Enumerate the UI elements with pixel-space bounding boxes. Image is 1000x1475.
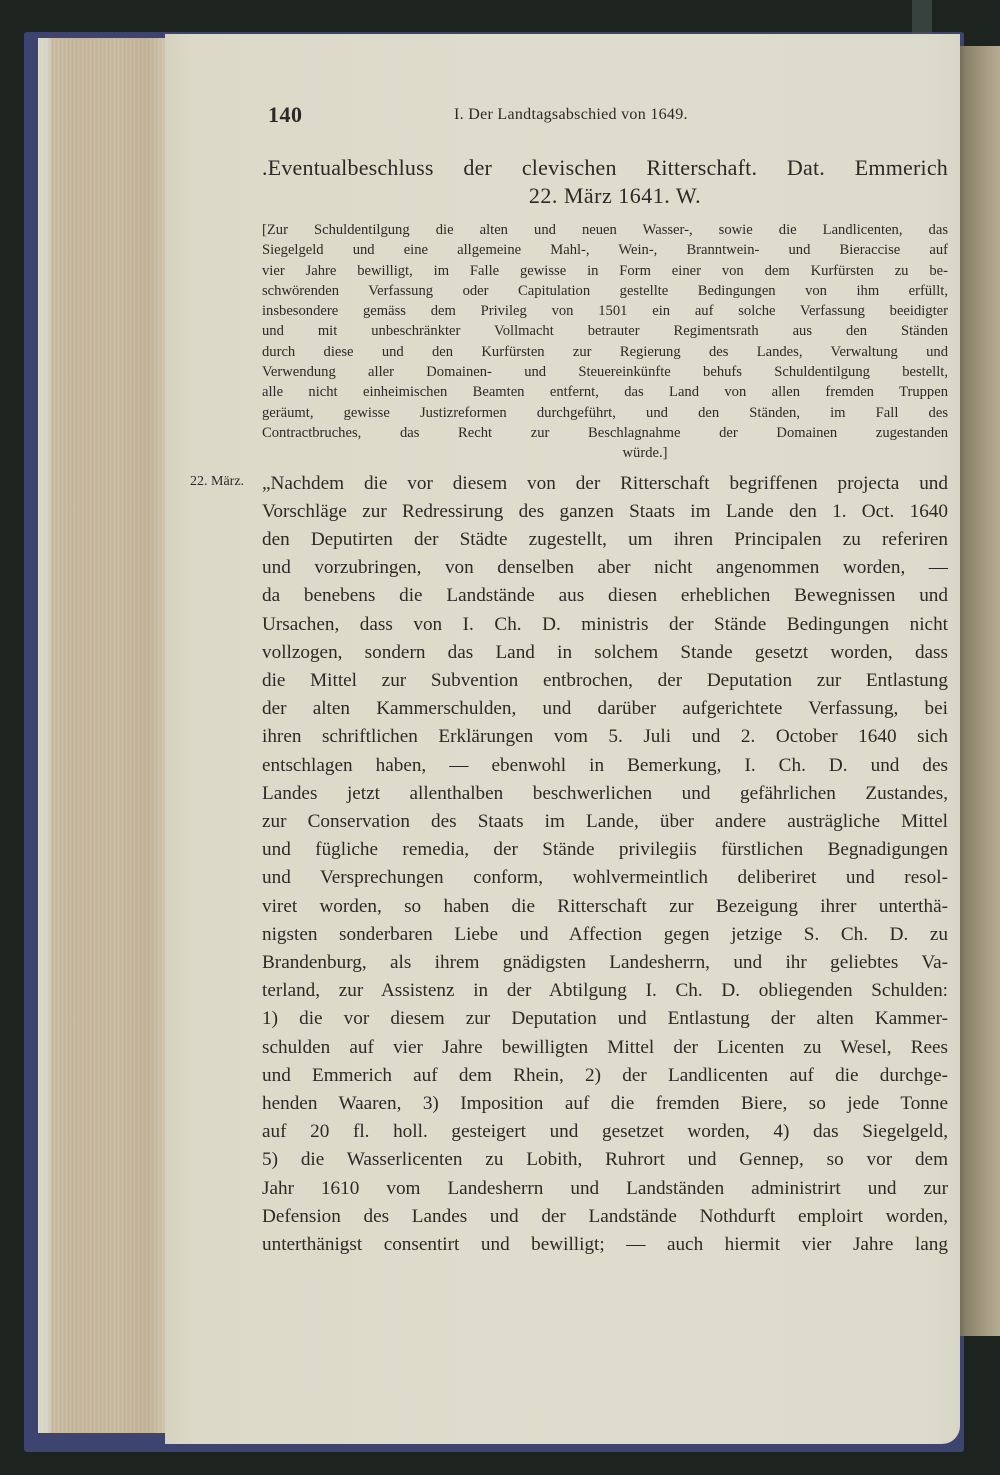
document-title: .Eventualbeschluss der clevischen Ritter…	[262, 154, 948, 182]
running-head: 140 I. Der Landtagsabschied von 1649.	[262, 100, 948, 136]
body-line: Ursachen, dass von I. Ch. D. ministris d…	[262, 611, 948, 639]
body-line: den Deputirten der Städte zugestellt, um…	[262, 526, 948, 554]
body-line: henden Waaren, 3) Imposition auf die fre…	[262, 1090, 948, 1118]
page-content: 140 I. Der Landtagsabschied von 1649. .E…	[262, 100, 948, 1259]
body-line: 5) die Wasserlicenten zu Lobith, Ruhrort…	[262, 1146, 948, 1174]
summary-line: geräumt, gewisse Justizreformen durchgef…	[262, 403, 948, 423]
body-line: Vorschläge zur Redressirung des ganzen S…	[262, 498, 948, 526]
body-text: „Nachdem die vor diesem von der Rittersc…	[262, 470, 948, 1260]
page-number: 140	[268, 102, 303, 128]
summary-line: [Zur Schuldentilgung die alten und neuen…	[262, 220, 948, 240]
summary-line: vier Jahre bewilligt, im Falle gewisse i…	[262, 261, 948, 281]
next-page-edge	[958, 46, 1000, 1336]
summary-line: schwörenden Verfassung oder Capitulation…	[262, 281, 948, 301]
body-line: „Nachdem die vor diesem von der Rittersc…	[262, 470, 948, 498]
body-line: da benebens die Landstände aus diesen er…	[262, 582, 948, 610]
summary-line: durch diese und den Kurfürsten zur Regie…	[262, 342, 948, 362]
margin-date-note: 22. März.	[190, 474, 244, 490]
body-line: unterthänigst consentirt und bewilligt; …	[262, 1231, 948, 1259]
body-line: 1) die vor diesem zur Deputation und Ent…	[262, 1005, 948, 1033]
body-line: und Emmerich auf dem Rhein, 2) der Landl…	[262, 1062, 948, 1090]
body-line: Defension des Landes und der Landstände …	[262, 1203, 948, 1231]
body-line: und vorzubringen, von denselben aber nic…	[262, 554, 948, 582]
summary-line: würde.]	[262, 443, 948, 463]
body-line: Brandenburg, als ihrem gnädigsten Landes…	[262, 949, 948, 977]
body-line: die Mittel zur Subvention entbrochen, de…	[262, 667, 948, 695]
document-date: 22. März 1641. W.	[262, 182, 948, 210]
body-block: 22. März. „Nachdem die vor diesem von de…	[262, 470, 948, 1260]
running-title: I. Der Landtagsabschied von 1649.	[454, 106, 688, 124]
body-line: viret worden, so haben die Ritterschaft …	[262, 893, 948, 921]
summary-line: Contractbruches, das Recht zur Beschlagn…	[262, 423, 948, 443]
body-line: Landes jetzt allenthalben beschwerlichen…	[262, 780, 948, 808]
body-line: terland, zur Assistenz in der Abtilgung …	[262, 977, 948, 1005]
body-line: vollzogen, sondern das Land in solchem S…	[262, 639, 948, 667]
body-line: entschlagen haben, — ebenwohl in Bemerku…	[262, 752, 948, 780]
body-line: der alten Kammerschulden, und darüber au…	[262, 695, 948, 723]
body-line: und Versprechungen conform, wohlvermeint…	[262, 864, 948, 892]
body-line: zur Conservation des Staats im Lande, üb…	[262, 808, 948, 836]
summary-line: Siegelgeld und eine allgemeine Mahl-, We…	[262, 240, 948, 260]
summary-line: Verwendung aller Domainen- und Steuerein…	[262, 362, 948, 382]
page-stack-edge	[38, 38, 168, 1433]
body-line: und fügliche remedia, der Stände privile…	[262, 836, 948, 864]
summary-line: alle nicht einheimischen Beamten entfern…	[262, 382, 948, 402]
body-line: auf 20 fl. holl. gesteigert und gesetzet…	[262, 1118, 948, 1146]
scanner-clip	[912, 0, 932, 34]
body-line: schulden auf vier Jahre bewilligten Mitt…	[262, 1034, 948, 1062]
summary-line: und mit unbeschränkter Vollmacht betraut…	[262, 321, 948, 341]
body-line: nigsten sonderbaren Liebe und Affection …	[262, 921, 948, 949]
body-line: ihren schriftlichen Erklärungen vom 5. J…	[262, 723, 948, 751]
body-line: Jahr 1610 vom Landesherrn und Landstände…	[262, 1175, 948, 1203]
editorial-summary: [Zur Schuldentilgung die alten und neuen…	[262, 220, 948, 464]
summary-line: insbesondere gemäss dem Privileg von 150…	[262, 301, 948, 321]
